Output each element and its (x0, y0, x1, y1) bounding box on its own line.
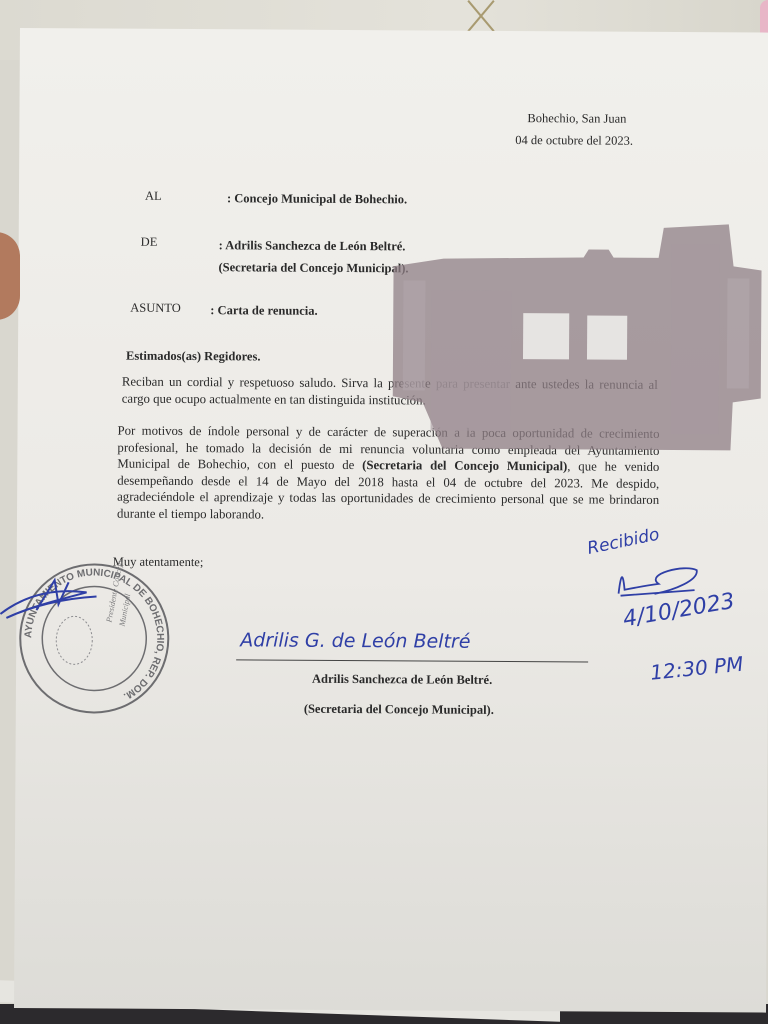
from-label: DE (141, 235, 158, 250)
letter-page: Bohechio, San Juan 04 de octubre del 202… (14, 28, 768, 1013)
received-signature (615, 560, 705, 601)
received-label: Recibido (586, 525, 662, 559)
finger-holding-paper (0, 232, 20, 320)
signer-title: (Secretaria del Concejo Municipal). (304, 702, 494, 718)
redacted-blurred-area (382, 216, 763, 454)
subject-label: ASUNTO (130, 301, 181, 316)
to-label: AL (145, 189, 162, 204)
to-value: : Concejo Municipal de Bohechio. (227, 191, 407, 207)
letter-date: 04 de octubre del 2023. (515, 133, 633, 149)
signature-line (236, 659, 588, 662)
stamp-signature-scribble (0, 574, 107, 625)
from-value: : Adrilis Sanchezca de León Beltré. (219, 238, 406, 254)
from-title: (Secretaria del Concejo Municipal). (218, 260, 408, 276)
paragraph-2-position: (Secretaria del Concejo Municipal) (362, 458, 567, 473)
handwritten-signature: Adrilis G. de León Beltré (240, 629, 470, 652)
subject-value: : Carta de renuncia. (210, 303, 317, 319)
salutation: Estimados(as) Regidores. (126, 349, 261, 365)
svg-text:Municipal: Municipal (117, 592, 132, 628)
signer-name: Adrilis Sanchezca de León Beltré. (312, 672, 492, 688)
received-time: 12:30 PM (649, 652, 744, 685)
letter-place: Bohechio, San Juan (527, 111, 626, 127)
